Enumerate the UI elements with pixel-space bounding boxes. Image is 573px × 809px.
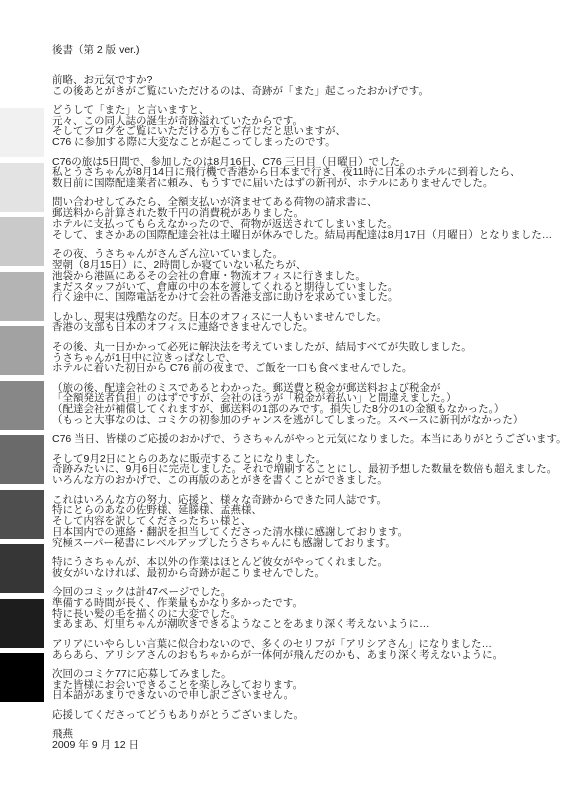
text-line: C76 当日、皆様のご応援のおかげで、うさちゃんがやっと元気になりました。本当に…: [52, 434, 562, 445]
text-line: 究極スーパー秘書にレベルアップしたうさちゃんにも感謝しております。: [52, 538, 562, 549]
text-line: この後あとがきがご覧にいただけるのは、奇跡が「また」起こったおかげです。: [52, 86, 562, 97]
paragraph: 問い合わせしてみたら、全額支払いが済ませてある荷物の請求書に、郵送料から計算され…: [52, 197, 562, 240]
grayscale-block-3: [0, 217, 44, 266]
text-line: 前略、お元気ですか?: [52, 75, 562, 86]
grayscale-gradient-strip: [0, 108, 44, 702]
grayscale-block-9: [0, 544, 44, 593]
paragraph: そして9月2日にとらのあなに販売することになりました。奇跡みたいに、9月6日に完…: [52, 454, 562, 486]
paragraph: 応援してくださってどうもありがとうございました。: [52, 710, 562, 721]
text-line: 数日前に国際配達業者に頼み、もうすでに届いたはずの新刊が、ホテルにありませんでし…: [52, 178, 562, 189]
paragraph: C76 当日、皆様のご応援のおかげで、うさちゃんがやっと元気になりました。本当に…: [52, 434, 562, 445]
paragraph: 今回のコミックは計47ページでした。準備する時間が長く、作業量もかなり多かったで…: [52, 587, 562, 630]
grayscale-block-4: [0, 272, 44, 321]
text-line: 日本語があまりできないので申し訳ございません。: [52, 690, 562, 701]
text-line: 彼女がいなければ、最初から奇跡が起こりませんでした。: [52, 568, 562, 579]
text-line: まあまあ、灯里ちゃんが潮吹きできるようなことをあまり深く考えないように…: [52, 619, 562, 630]
page-title: 後書（第 2 版 ver.): [52, 45, 562, 56]
afterword-text: 後書（第 2 版 ver.) 前略、お元気ですか?この後あとがきがご覧にいただけ…: [52, 45, 562, 759]
text-line: 行く途中に、国際電話をかけて会社の香港支部に助けを求めていました。: [52, 292, 562, 303]
text-line: 香港の支部も日本のオフィスに連絡できませんでした。: [52, 322, 562, 333]
text-line: （もっと大事なのは、コミケの初参加のチャンスを逃がしてしまった。スペースに新刊が…: [52, 415, 562, 426]
paragraph: どうして「また」と言いますと、元々、この同人誌の誕生が奇跡溢れていたからです。そ…: [52, 105, 562, 148]
paragraphs-container: 前略、お元気ですか?この後あとがきがご覧にいただけるのは、奇跡が「また」起こった…: [52, 75, 562, 751]
grayscale-block-8: [0, 490, 44, 539]
paragraph: その後、丸一日かかって必死に解決法を考えていましたが、結局すべてが失敗しました。…: [52, 342, 562, 374]
paragraph: 特にうさちゃんが、本以外の作業はほとんど彼女がやってくれました。彼女がいなければ…: [52, 557, 562, 579]
afterword-page: 後書（第 2 版 ver.) 前略、お元気ですか?この後あとがきがご覧にいただけ…: [0, 0, 573, 809]
text-line: いろんな方のおかげで、この再版のあとがきを書くことができました。: [52, 475, 562, 486]
paragraph: 次回のコミケ77に応募してみました。また皆様にお会いできることを楽しみしておりま…: [52, 669, 562, 701]
text-line: 応援してくださってどうもありがとうございました。: [52, 710, 562, 721]
grayscale-block-7: [0, 435, 44, 484]
text-line: C76 に参加する際に大変なことが起こってしまったのです。: [52, 137, 562, 148]
grayscale-block-10: [0, 599, 44, 648]
paragraph: C76の旅は5日間で、参加したのは8月16日、C76 三日目（日曜日）でした。私…: [52, 157, 562, 189]
text-line: 2009 年 9 月 12 日: [52, 740, 562, 751]
paragraph: 前略、お元気ですか?この後あとがきがご覧にいただけるのは、奇跡が「また」起こった…: [52, 75, 562, 97]
text-line: アリアにいやらしい言葉に似合わないので、多くのセリフが「アリシアさん」になりまし…: [52, 639, 562, 650]
grayscale-block-5: [0, 326, 44, 375]
text-line: そして、まさかあの国際配達会社は土曜日が休みでした。結局再配達は8月17日（月曜…: [52, 230, 562, 241]
text-line: ホテルに着いた初日から C76 前の夜まで、ご飯を一口も食べませんでした。: [52, 363, 562, 374]
grayscale-block-1: [0, 108, 44, 157]
paragraph: （旅の後、配達会社のミスであるとわかった。郵送費と税金が郵送料および税金が「全額…: [52, 383, 562, 426]
text-line: あらあら、アリシアさんのおもちゃからが一体何が飛んだのかも、あまり深く考えないよ…: [52, 650, 562, 661]
grayscale-block-11: [0, 653, 44, 702]
paragraph: これはいろんな方の努力、応援と、様々な奇跡からできた同人誌です。特にとらのあなの…: [52, 495, 562, 549]
paragraph: その夜、うさちゃんがさんざん泣いていました。翌朝（8月15日）に、2時間しか寝て…: [52, 249, 562, 303]
grayscale-block-2: [0, 163, 44, 212]
paragraph: アリアにいやらしい言葉に似合わないので、多くのセリフが「アリシアさん」になりまし…: [52, 639, 562, 661]
text-line: 池袋から港區にあるその会社の倉庫・物流オフィスに行きました。: [52, 271, 562, 282]
text-line: その後、丸一日かかって必死に解決法を考えていましたが、結局すべてが失敗しました。: [52, 342, 562, 353]
paragraph: しかし、現実は残酷なのだ。日本のオフィスに一人もいませんでした。香港の支部も日本…: [52, 312, 562, 334]
grayscale-block-6: [0, 381, 44, 430]
signature-paragraph: 飛燕2009 年 9 月 12 日: [52, 729, 562, 751]
